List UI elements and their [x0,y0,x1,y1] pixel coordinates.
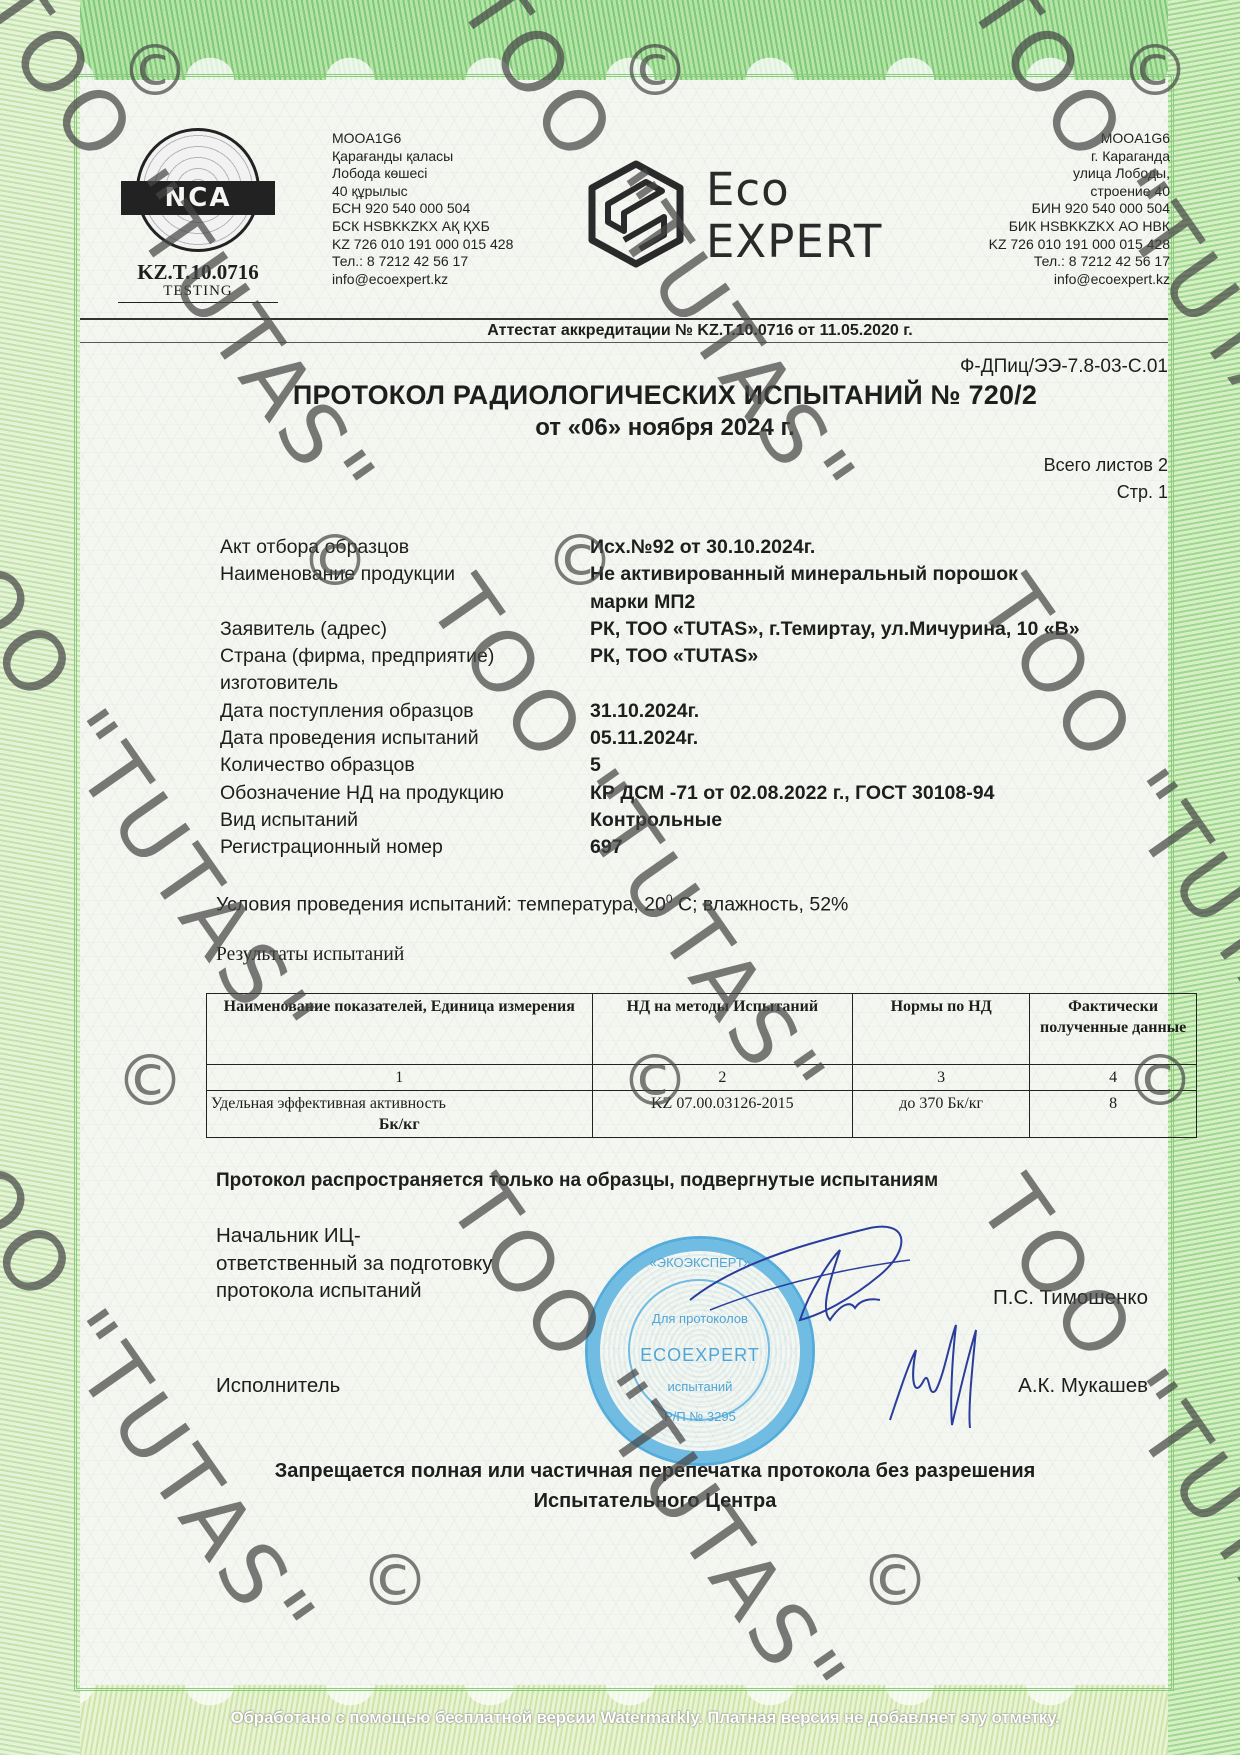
info-label: изготовитель [220,670,590,697]
prohibition-line: Испытательного Центра [70,1486,1240,1516]
column-header: Фактически полученные данные [1030,994,1197,1065]
results-title: Результаты испытаний [216,944,404,966]
address-line: строение 40 [910,183,1170,201]
norm-cell: до 370 Бк/кг [853,1091,1030,1138]
info-row: Дата проведения испытаний05.11.2024г. [220,725,1150,752]
document-paper [80,80,1168,1685]
email-link[interactable]: info@ecoexpert.kz [332,271,513,289]
address-line: БСК HSBKKZKX АҚ ҚХБ [332,218,513,236]
address-russian: MOOA1G6 г. Караганда улица Лободы, строе… [910,130,1170,288]
signature-mukashev [880,1320,1000,1430]
email-link[interactable]: info@ecoexpert.kz [910,271,1170,289]
info-row: Страна (фирма, предприятие)РК, ТОО «TUTA… [220,643,1150,670]
address-kazakh: MOOA1G6 Қарағанды қаласы Лобода көшесі 4… [332,130,513,288]
info-value: РК, ТОО «TUTAS», г.Темиртау, ул.Мичурина… [590,616,1150,643]
address-line: улица Лободы, [910,165,1170,183]
info-value: 5 [590,752,1150,779]
info-value: РК, ТОО «TUTAS» [590,643,1150,670]
table-header-row: Наименование показателей, Единица измере… [207,994,1197,1065]
info-row: изготовитель [220,670,1150,697]
actual-cell: 8 [1030,1091,1197,1138]
info-label [220,589,590,616]
info-row: Количество образцов5 [220,752,1150,779]
results-table: Наименование показателей, Единица измере… [206,993,1197,1138]
info-label: Дата проведения испытаний [220,725,590,752]
info-row: Дата поступления образцов31.10.2024г. [220,698,1150,725]
column-number: 3 [853,1065,1030,1091]
conditions-text: С; влажность, 52% [673,894,849,916]
indicator-cell: Удельная эффективная активность Бк/кг [207,1091,593,1138]
address-line: г. Караганда [910,148,1170,166]
globe-icon: NCA [136,128,260,252]
accreditation-code: KZ.T.10.0716 [118,260,278,285]
stamp-text: Р/П № 3295 [588,1409,812,1424]
watermarkly-notice: Обработано с помощью бесплатной версии W… [0,1708,1240,1728]
stamp-text: испытаний [588,1379,812,1394]
info-value: марки МП2 [590,589,1150,616]
address-line: БИК HSBKKZKX АО НВК [910,218,1170,236]
head-signatory-label: Начальник ИЦ- ответственный за подготовк… [216,1222,493,1305]
nca-logo: NCA KZ.T.10.0716 TESTING [118,128,278,303]
info-label: Обозначение НД на продукцию [220,780,590,807]
hexagon-logo-icon [588,160,684,268]
info-value: Контрольные [590,807,1150,834]
info-value: Исх.№92 от 30.10.2024г. [590,534,1150,561]
prohibition-line: Запрещается полная или частичная перепеч… [70,1456,1240,1486]
head-signatory-name: П.С. Тимошенко [993,1286,1148,1310]
info-value: 31.10.2024г. [590,698,1150,725]
info-label: Страна (фирма, предприятие) [220,643,590,670]
header-divider [80,318,1168,320]
accreditation-line: Аттестат аккредитации № KZ.T.10.0716 от … [0,322,1240,340]
degree-superscript: 0 [666,892,673,906]
address-line: БСН 920 540 000 504 [332,200,513,218]
indicator-name: Удельная эффективная активность [211,1095,446,1112]
info-row: Заявитель (адрес)РК, ТОО «TUTAS», г.Теми… [220,616,1150,643]
total-sheets: Всего листов 2 [1044,452,1168,479]
info-row: марки МП2 [220,589,1150,616]
info-row: Вид испытанийКонтрольные [220,807,1150,834]
info-row: Регистрационный номер697 [220,834,1150,861]
info-row: Наименование продукцииНе активированный … [220,561,1150,588]
document-date: от «06» ноября 2024 г. [0,414,1240,442]
document-title: ПРОТОКОЛ РАДИОЛОГИЧЕСКИХ ИСПЫТАНИЙ № 720… [0,380,1240,411]
info-label: Наименование продукции [220,561,590,588]
address-line: Тел.: 8 7212 42 56 17 [910,253,1170,271]
address-line: KZ 726 010 191 000 015 428 [332,236,513,254]
label-line: ответственный за подготовку [216,1250,493,1278]
column-header: Нормы по НД [853,994,1030,1065]
test-conditions: Условия проведения испытаний: температур… [216,892,848,917]
address-line: 40 құрылыс [332,183,513,201]
testing-label: TESTING [118,283,278,303]
info-row: Акт отбора образцовИсх.№92 от 30.10.2024… [220,534,1150,561]
address-line: KZ 726 010 191 000 015 428 [910,236,1170,254]
page-number: Стр. 1 [1044,479,1168,506]
label-line: протокола испытаний [216,1277,493,1305]
info-label: Регистрационный номер [220,834,590,861]
address-line: БИН 920 540 000 504 [910,200,1170,218]
indicator-unit: Бк/кг [211,1114,588,1135]
address-line: Лобода көшесі [332,165,513,183]
address-line: MOOA1G6 [332,130,513,148]
address-line: Тел.: 8 7212 42 56 17 [332,253,513,271]
info-value: 05.11.2024г. [590,725,1150,752]
address-line: MOOA1G6 [910,130,1170,148]
brand-name: Eco Expert [706,164,882,268]
column-number: 2 [592,1065,853,1091]
info-label: Дата поступления образцов [220,698,590,725]
column-number: 1 [207,1065,593,1091]
info-value: Не активированный минеральный порошок [590,561,1150,588]
column-number: 4 [1030,1065,1197,1091]
stamp-logo: ECOEXPERT [588,1345,812,1366]
info-label: Заявитель (адрес) [220,616,590,643]
info-value: 697 [590,834,1150,861]
method-cell: KZ 07.00.03126-2015 [592,1091,853,1138]
info-label: Акт отбора образцов [220,534,590,561]
ecoexpert-logo: Eco Expert [588,160,908,270]
brand-line-2: Expert [706,216,882,268]
table-row: Удельная эффективная активность Бк/кг KZ… [207,1091,1197,1138]
column-header: Наименование показателей, Единица измере… [207,994,593,1065]
executor-label: Исполнитель [216,1372,340,1400]
info-value [590,670,1150,697]
page-info: Всего листов 2 Стр. 1 [1044,452,1168,506]
sample-info: Акт отбора образцовИсх.№92 от 30.10.2024… [220,534,1150,862]
info-label: Количество образцов [220,752,590,779]
column-header: НД на методы Испытаний [592,994,853,1065]
scope-disclaimer: Протокол распространяется только на обра… [216,1170,938,1192]
conditions-text: Условия проведения испытаний: температур… [216,894,666,916]
form-code: Ф-ДПиц/ЭЭ-7.8-03-С.01 [960,356,1168,378]
label-line: Начальник ИЦ- [216,1222,493,1250]
border-top-ornament [0,0,1240,80]
reprint-prohibition: Запрещается полная или частичная перепеч… [0,1456,1240,1516]
info-value: КР ДСМ -71 от 02.08.2022 г., ГОСТ 30108-… [590,780,1150,807]
info-row: Обозначение НД на продукциюКР ДСМ -71 от… [220,780,1150,807]
column-number-row: 1 2 3 4 [207,1065,1197,1091]
header-divider [80,342,1168,343]
executor-name: А.К. Мукашев [1018,1374,1148,1398]
address-line: Қарағанды қаласы [332,148,513,166]
nca-logo-text: NCA [121,181,275,215]
info-label: Вид испытаний [220,807,590,834]
brand-line-1: Eco [706,164,882,216]
